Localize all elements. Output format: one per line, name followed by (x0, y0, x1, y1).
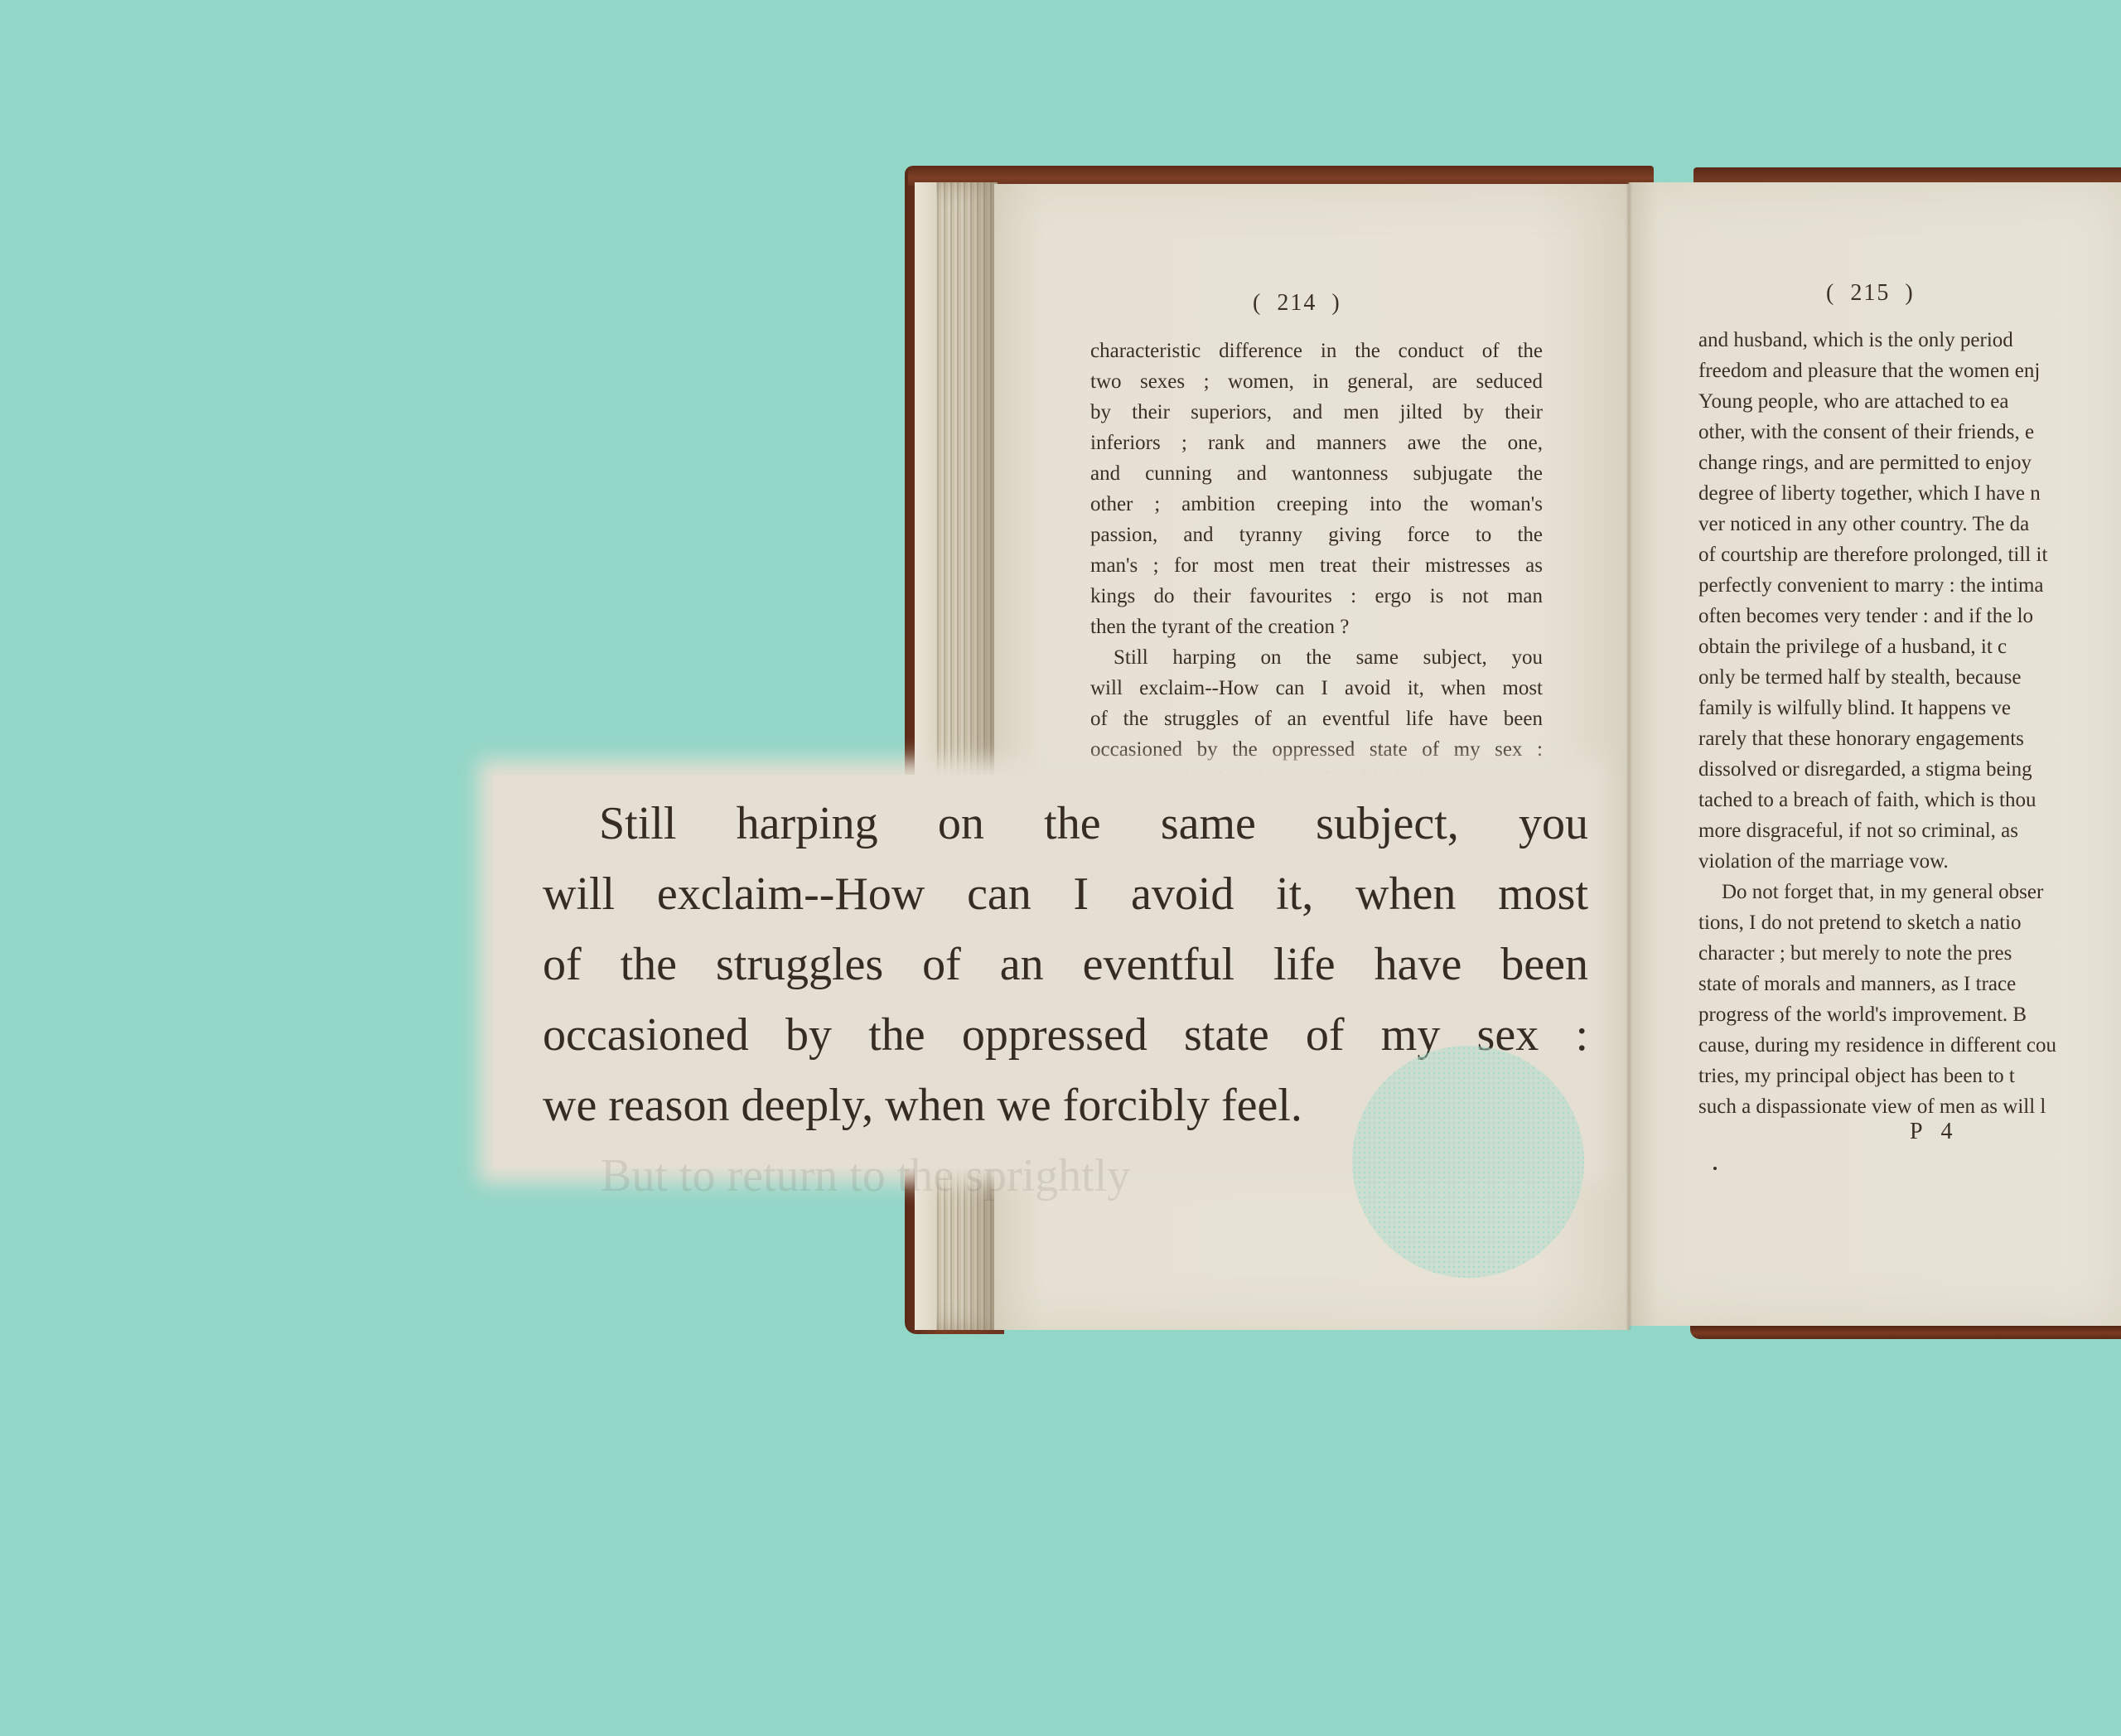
text-line: by their superiors, and men jilted by th… (1090, 397, 1543, 428)
text-line: dissolved or disregarded, a stigma being (1698, 754, 2121, 785)
text-line: state of morals and manners, as I trace (1698, 969, 2121, 999)
page-number-right: ( 215 ) (1826, 280, 1915, 307)
text-line: obtain the privilege of a husband, it c (1698, 631, 2121, 662)
text-line: other ; ambition creeping into the woman… (1090, 489, 1543, 520)
text-line: occasioned by the oppressed state of my … (1090, 734, 1543, 765)
quote-line: occasioned by the oppressed state of my … (543, 1000, 1588, 1071)
text-line: often becomes very tender : and if the l… (1698, 601, 2121, 631)
text-line: tries, my principal object has been to t (1698, 1061, 2121, 1091)
text-line: other, with the consent of their friends… (1698, 417, 2121, 447)
quote-line: Still harping on the same subject, you (543, 789, 1588, 859)
text-line: violation of the marriage vow. (1698, 846, 2121, 877)
book-cover-top-edge (908, 166, 1654, 186)
text-line: of the struggles of an eventful life hav… (1090, 704, 1543, 734)
quote-line: we reason deeply, when we forcibly feel. (543, 1071, 1588, 1141)
book-gutter (1626, 182, 1632, 1330)
page-number-left: ( 214 ) (1253, 290, 1341, 317)
text-line: characteristic difference in the conduct… (1090, 336, 1543, 366)
text-line: Young people, who are attached to ea (1698, 386, 2121, 417)
text-line: cause, during my residence in different … (1698, 1030, 2121, 1061)
text-line: change rings, and are permitted to enjoy (1698, 447, 2121, 478)
signature-mark: P 4 (1910, 1119, 1959, 1145)
text-line: character ; but merely to note the pres (1698, 938, 2121, 969)
text-line: two sexes ; women, in general, are seduc… (1090, 366, 1543, 397)
quote-ghost-line: But to return to the sprightly (543, 1141, 1588, 1211)
text-line: degree of liberty together, which I have… (1698, 478, 2121, 509)
text-line: ver noticed in any other country. The da (1698, 509, 2121, 539)
text-line: passion, and tyranny giving force to the (1090, 520, 1543, 550)
ink-speck (1713, 1167, 1717, 1170)
text-line: progress of the world's improvement. B (1698, 999, 2121, 1030)
text-line: only be termed half by stealth, because (1698, 662, 2121, 693)
text-line: Still harping on the same subject, you (1090, 642, 1543, 673)
text-line: rarely that these honorary engagements (1698, 723, 2121, 754)
text-line: then the tyrant of the creation ? (1090, 612, 1543, 642)
text-line: inferiors ; rank and manners awe the one… (1090, 428, 1543, 458)
quote-line: will exclaim--How can I avoid it, when m… (543, 859, 1588, 930)
text-line: kings do their favourites : ergo is not … (1090, 581, 1543, 612)
text-line: freedom and pleasure that the women enj (1698, 355, 2121, 386)
book-cover-bottom-edge (1690, 1324, 2121, 1339)
right-page-text: and husband, which is the only period fr… (1698, 325, 2121, 1122)
text-line: more disgraceful, if not so criminal, as (1698, 815, 2121, 846)
text-line: tions, I do not pretend to sketch a nati… (1698, 907, 2121, 938)
book-cover-top-edge-right (1693, 167, 2121, 184)
text-line: Do not forget that, in my general obser (1698, 877, 2121, 907)
text-line: family is wilfully blind. It happens ve (1698, 693, 2121, 723)
text-line: tached to a breach of faith, which is th… (1698, 785, 2121, 815)
text-line: such a dispassionate view of men as will… (1698, 1091, 2121, 1122)
text-line: and husband, which is the only period (1698, 325, 2121, 355)
text-line: perfectly convenient to marry : the inti… (1698, 570, 2121, 601)
magnified-quote-text: Still harping on the same subject, you w… (543, 789, 1588, 1211)
text-line: man's ; for most men treat their mistres… (1090, 550, 1543, 581)
left-page-text: characteristic difference in the conduct… (1090, 336, 1543, 795)
text-line: and cunning and wantonness subjugate the (1090, 458, 1543, 489)
text-line: of courtship are therefore prolonged, ti… (1698, 539, 2121, 570)
quote-line: of the struggles of an eventful life hav… (543, 930, 1588, 1000)
text-line: will exclaim--How can I avoid it, when m… (1090, 673, 1543, 704)
